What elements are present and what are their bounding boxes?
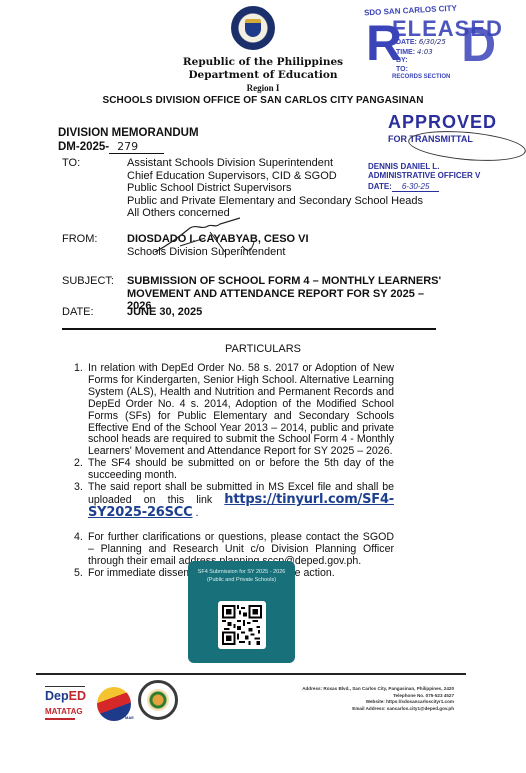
footer-divider [36, 673, 466, 675]
item-text: The SF4 should be submitted on or before… [88, 457, 394, 481]
qr-code-icon[interactable] [218, 601, 266, 649]
website: Website: https://sdosancarloscityr1.com [280, 699, 454, 706]
matatag-text: MATATAG [45, 707, 83, 716]
particulars-heading: PARTICULARS [0, 343, 526, 355]
deped-logo-ed: ED [69, 689, 86, 703]
signature-scribble [407, 127, 526, 165]
memo-number-prefix: DM-2025- [58, 141, 109, 153]
qr-card-subtitle: (Public and Private Schools) [188, 577, 295, 583]
deped-matatag-logo: DepED MATATAG [45, 686, 87, 726]
memo-number-handwritten: 279 [109, 140, 164, 154]
date-label: DATE: [62, 306, 94, 318]
contact-info: Address: Roxas Blvd., San Carlos City, P… [280, 686, 454, 713]
approved-stamp-title: APPROVED [388, 112, 497, 133]
email: Email Address: sancarlos.city1@deped.gov… [280, 706, 454, 713]
list-item: 1.In relation with DepEd Order No. 58 s.… [74, 363, 394, 458]
sdo-san-carlos-seal [138, 680, 178, 720]
address: Address: Roxas Blvd., San Carlos City, P… [280, 686, 454, 693]
particulars-list: 1.In relation with DepEd Order No. 58 s.… [74, 363, 394, 579]
recipient: Public and Private Elementary and Second… [127, 195, 423, 208]
item-text: In relation with DepEd Order No. 58 s. 2… [88, 362, 394, 457]
list-item: 3.The said report shall be submitted in … [74, 482, 394, 520]
released-stamp-d: D [461, 22, 496, 70]
released-time-value: 4:03 [417, 48, 433, 56]
to-recipients: Assistant Schools Division Superintenden… [127, 157, 423, 220]
item-number: 2. [74, 458, 83, 470]
item-text-after: . [193, 507, 199, 519]
from-label: FROM: [62, 233, 97, 245]
recipient: Assistant Schools Division Superintenden… [127, 157, 423, 170]
item-number: 3. [74, 482, 83, 494]
item-number: 1. [74, 363, 83, 375]
region-heading: Region I [0, 83, 526, 93]
memo-number: DM-2025-279 [58, 140, 164, 154]
list-item: 2.The SF4 should be submitted on or befo… [74, 458, 394, 482]
bagong-pilipinas-caption: MAE [125, 715, 134, 720]
released-stamp: SDO SAN CARLOS CITY R ELEASED DATE: 6/30… [362, 4, 498, 82]
signature-icon [150, 216, 260, 258]
date-value: JUNE 30, 2025 [127, 306, 202, 318]
deped-seal-icon [231, 6, 275, 50]
released-by-label: BY: [396, 57, 408, 64]
to-label: TO: [62, 157, 80, 169]
memo-title: DIVISION MEMORANDUM [58, 127, 199, 139]
qr-card-title: SF4 Submission for SY 2025 - 2026 [188, 569, 295, 575]
deped-logo-dep: Dep [45, 689, 69, 703]
released-time-label: TIME: [396, 49, 415, 56]
recipient: Chief Education Supervisors, CID & SGOD [127, 170, 423, 183]
released-date-label: DATE: [396, 39, 417, 46]
telephone: Telephone No. 075-523 4527 [280, 693, 454, 700]
released-stamp-fields: DATE: 6/30/25 TIME: 4:03 BY: TO: [396, 38, 446, 74]
recipient: Public School District Supervisors [127, 182, 423, 195]
released-stamp-footer: RECORDS SECTION [392, 74, 450, 80]
released-date-value: 6/30/25 [419, 38, 446, 46]
released-to-label: TO: [396, 66, 408, 73]
divider [62, 328, 436, 330]
item-number: 5. [74, 568, 83, 580]
office-heading: SCHOOLS DIVISION OFFICE OF SAN CARLOS CI… [0, 95, 526, 106]
qr-card: SF4 Submission for SY 2025 - 2026 (Publi… [188, 561, 295, 663]
subject-label: SUBJECT: [62, 275, 114, 287]
item-number: 4. [74, 532, 83, 544]
